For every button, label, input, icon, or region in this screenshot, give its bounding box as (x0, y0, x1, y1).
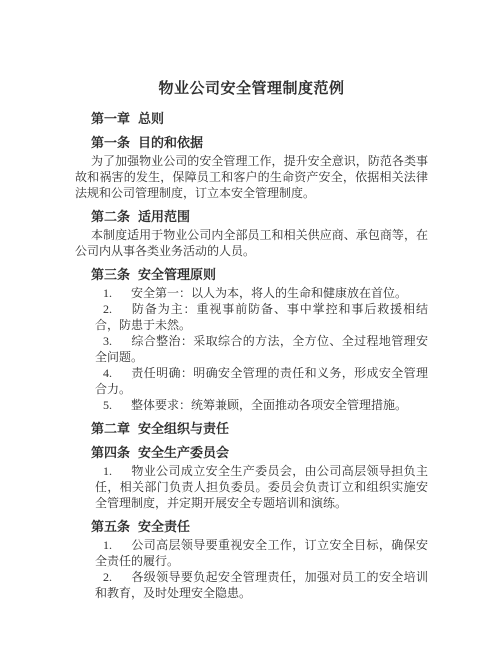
list-item: 1.安全第一：以人为本，将人的生命和健康放在首位。 (95, 285, 428, 301)
article-2-number: 第二条 (91, 209, 130, 224)
list-item-number: 2. (103, 301, 131, 317)
list-item-number: 4. (103, 365, 131, 381)
list-item: 4.责任明确：明确安全管理的责任和义务，形成安全管理合力。 (95, 365, 428, 397)
list-item-text: 安全第一：以人为本，将人的生命和健康放在首位。 (131, 286, 407, 300)
principles-list: 1.安全第一：以人为本，将人的生命和健康放在首位。 2.防备为主：重视事前防备、… (75, 285, 428, 413)
list-item-number: 5. (103, 397, 131, 413)
list-item-text: 公司高层领导要重视安全工作，订立安全目标，确保安全责任的履行。 (95, 538, 428, 568)
responsibility-list: 1.公司高层领导要重视安全工作，订立安全目标，确保安全责任的履行。 2.各级领导… (75, 537, 428, 601)
list-item-number: 1. (103, 463, 131, 479)
list-item-text: 各级领导要负起安全管理责任，加强对员工的安全培训和教育，及时处理安全隐患。 (95, 570, 428, 600)
article-1-paragraph: 为了加强物业公司的安全管理工作，提升安全意识，防范各类事故和祸害的发生，保障员工… (75, 153, 428, 201)
list-item-number: 3. (103, 333, 131, 349)
list-item: 1.公司高层领导要重视安全工作，订立安全目标，确保安全责任的履行。 (95, 537, 428, 569)
document-page: 物业公司安全管理制度范例 第一章总则 第一条目的和依据 为了加强物业公司的安全管… (0, 0, 500, 647)
article-4-title: 安全生产委员会 (138, 445, 229, 460)
article-1-heading: 第一条目的和依据 (91, 135, 428, 151)
chapter-2-number: 第二章 (91, 421, 130, 436)
list-item: 5.整体要求：统筹兼顾，全面推动各项安全管理措施。 (95, 397, 428, 413)
committee-list: 1.物业公司成立安全生产委员会，由公司高层领导担负主任，相关部门负责人担负委员。… (75, 463, 428, 511)
article-4-number: 第四条 (91, 445, 130, 460)
article-5-number: 第五条 (91, 519, 130, 534)
article-2-title: 适用范围 (138, 209, 190, 224)
list-item: 3.综合整治：采取综合的方法，全方位、全过程地管理安全问题。 (95, 333, 428, 365)
article-2-paragraph: 本制度适用于物业公司内全部员工和相关供应商、承包商等，在公司内从事各类业务活动的… (75, 227, 428, 259)
list-item-number: 2. (103, 569, 131, 585)
article-5-heading: 第五条安全责任 (91, 519, 428, 535)
list-item-text: 综合整治：采取综合的方法，全方位、全过程地管理安全问题。 (95, 334, 428, 364)
article-1-number: 第一条 (91, 135, 130, 150)
list-item: 2.防备为主：重视事前防备、事中掌控和事后救援相结合，防患于未然。 (95, 301, 428, 333)
article-3-number: 第三条 (91, 267, 130, 282)
list-item-number: 1. (103, 537, 131, 553)
list-item-text: 整体要求：统筹兼顾，全面推动各项安全管理措施。 (131, 398, 407, 412)
chapter-2-heading: 第二章安全组织与责任 (91, 421, 428, 437)
chapter-1-number: 第一章 (91, 111, 130, 126)
list-item: 1.物业公司成立安全生产委员会，由公司高层领导担负主任，相关部门负责人担负委员。… (95, 463, 428, 511)
article-1-title: 目的和依据 (138, 135, 203, 150)
list-item-text: 责任明确：明确安全管理的责任和义务，形成安全管理合力。 (95, 366, 428, 396)
article-5-title: 安全责任 (138, 519, 190, 534)
chapter-2-title: 安全组织与责任 (138, 421, 229, 436)
chapter-1-title: 总则 (138, 111, 164, 126)
list-item-text: 防备为主：重视事前防备、事中掌控和事后救援相结合，防患于未然。 (95, 302, 428, 332)
article-2-heading: 第二条适用范围 (91, 209, 428, 225)
list-item-text: 物业公司成立安全生产委员会，由公司高层领导担负主任，相关部门负责人担负委员。委员… (95, 464, 428, 510)
chapter-1-heading: 第一章总则 (91, 111, 428, 127)
article-4-heading: 第四条安全生产委员会 (91, 445, 428, 461)
article-3-title: 安全管理原则 (138, 267, 216, 282)
list-item-number: 1. (103, 285, 131, 301)
list-item: 2.各级领导要负起安全管理责任，加强对员工的安全培训和教育，及时处理安全隐患。 (95, 569, 428, 601)
article-3-heading: 第三条安全管理原则 (91, 267, 428, 283)
document-title: 物业公司安全管理制度范例 (75, 79, 428, 99)
